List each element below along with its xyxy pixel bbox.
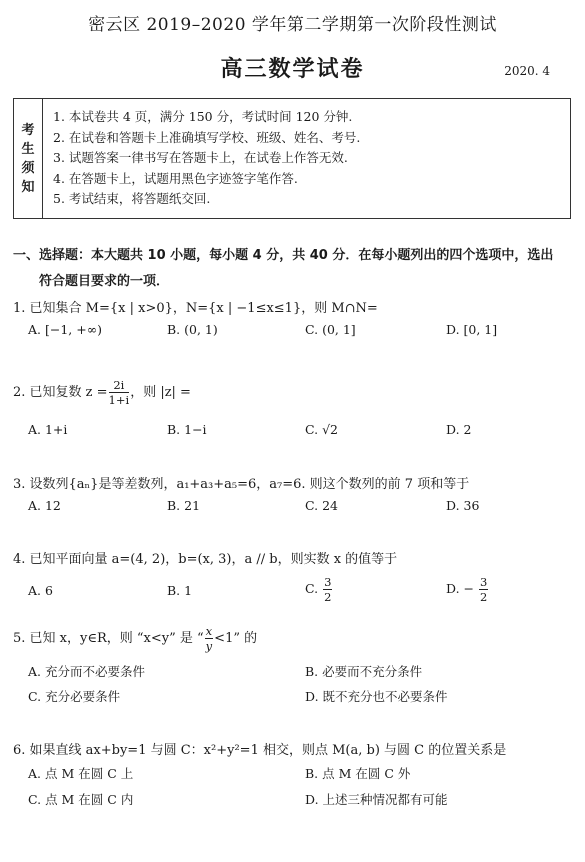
question-5-option-b: B. 必要而不充分条件 xyxy=(305,662,422,680)
fraction-numerator: 3 xyxy=(479,575,488,590)
option-label: C. xyxy=(305,581,318,596)
fraction-denominator: 1+i xyxy=(109,393,130,407)
question-2-stem: 2. 已知复数 z =2i1+i，则 |z| = xyxy=(13,378,191,407)
question-3-option-a: A. 12 xyxy=(28,498,61,513)
question-6-option-d: D. 上述三种情况都有可能 xyxy=(305,790,448,808)
notice-item: 4. 在答题卡上，试题用黑色字迹签字笔作答. xyxy=(53,169,360,190)
question-1-option-b: B. (0, 1) xyxy=(167,322,218,337)
fraction-numerator: 3 xyxy=(323,575,332,590)
question-5-option-d: D. 既不充分也不必要条件 xyxy=(305,687,448,705)
option-label: D. − xyxy=(446,581,474,596)
question-6-option-c: C. 点 M 在圆 C 内 xyxy=(28,790,133,808)
question-5-stem: 5. 已知 x，y∈R，则 “x<y” 是 “xy<1” 的 xyxy=(13,624,257,653)
question-5-stem-prefix: 5. 已知 x，y∈R，则 “x<y” 是 “ xyxy=(13,631,204,646)
question-5-fraction: xy xyxy=(205,624,214,653)
question-6-stem: 6. 如果直线 ax+by=1 与圆 C：x²+y²=1 相交，则点 M(a, … xyxy=(13,739,506,758)
question-3-option-d: D. 36 xyxy=(446,498,479,513)
question-2-option-c: C. √2 xyxy=(305,422,338,437)
fraction-numerator: 2i xyxy=(109,378,130,393)
notice-label: 考 生 须 知 xyxy=(14,99,43,218)
question-4-option-d-fraction: 32 xyxy=(479,575,488,604)
fraction-denominator: 2 xyxy=(479,590,488,604)
question-5-option-c: C. 充分必要条件 xyxy=(28,687,120,705)
question-3-stem: 3. 设数列{aₙ}是等差数列，a₁+a₃+a₅=6，a₇=6. 则这个数列的前… xyxy=(13,473,469,492)
notice-label-char: 生 xyxy=(21,140,34,159)
question-2-fraction: 2i1+i xyxy=(109,378,130,407)
notice-items: 1. 本试卷共 4 页，满分 150 分，考试时间 120 分钟. 2. 在试卷… xyxy=(53,107,360,210)
notice-item: 2. 在试卷和答题卡上准确填写学校、班级、姓名、考号. xyxy=(53,128,360,149)
notice-item: 5. 考试结束，将答题纸交回. xyxy=(53,189,360,210)
question-6-option-a: A. 点 M 在圆 C 上 xyxy=(28,764,133,782)
question-4-option-c-fraction: 32 xyxy=(323,575,332,604)
exam-title: 高三数学试卷 xyxy=(0,52,585,83)
fraction-denominator: 2 xyxy=(323,590,332,604)
question-2-stem-prefix: 2. 已知复数 z = xyxy=(13,385,108,400)
fraction-numerator: x xyxy=(205,624,214,639)
question-4-stem: 4. 已知平面向量 a=(4, 2)，b=(x, 3)，a // b，则实数 x… xyxy=(13,548,397,567)
notice-label-char: 知 xyxy=(21,178,34,197)
question-3-option-b: B. 21 xyxy=(167,498,200,513)
question-5-option-a: A. 充分而不必要条件 xyxy=(28,662,145,680)
question-2-option-d: D. 2 xyxy=(446,422,471,437)
notice-label-char: 须 xyxy=(21,159,34,178)
section-heading-line2: 符合题目要求的一项． xyxy=(13,269,573,295)
section-heading-line1: 一、选择题：本大题共 10 小题，每小题 4 分，共 40 分．在每小题列出的四… xyxy=(13,243,573,269)
question-6-option-b: B. 点 M 在圆 C 外 xyxy=(305,764,410,782)
notice-item: 3. 试题答案一律书写在答题卡上，在试卷上作答无效. xyxy=(53,148,360,169)
question-1-stem: 1. 已知集合 M={x | x>0}，N={x | −1≤x≤1}，则 M∩N… xyxy=(13,297,378,316)
question-4-option-d: D. − 32 xyxy=(446,575,489,604)
question-3-option-c: C. 24 xyxy=(305,498,338,513)
fraction-denominator: y xyxy=(205,639,214,653)
question-4-option-c: C. 32 xyxy=(305,575,333,604)
notice-label-char: 考 xyxy=(21,121,34,140)
exam-subtitle: 密云区 2019–2020 学年第二学期第一次阶段性测试 xyxy=(0,10,585,35)
section-heading: 一、选择题：本大题共 10 小题，每小题 4 分，共 40 分．在每小题列出的四… xyxy=(13,243,573,295)
question-1-option-c: C. (0, 1] xyxy=(305,322,356,337)
exam-date: 2020. 4 xyxy=(504,64,550,78)
question-2-option-b: B. 1−i xyxy=(167,422,207,437)
question-1-option-a: A. [−1, +∞) xyxy=(28,322,102,337)
question-1-option-d: D. [0, 1] xyxy=(446,322,497,337)
notice-item: 1. 本试卷共 4 页，满分 150 分，考试时间 120 分钟. xyxy=(53,107,360,128)
exam-notice-box: 考 生 须 知 1. 本试卷共 4 页，满分 150 分，考试时间 120 分钟… xyxy=(13,98,571,219)
question-2-stem-suffix: ，则 |z| = xyxy=(130,385,191,400)
question-5-stem-suffix: <1” 的 xyxy=(214,631,257,646)
question-2-option-a: A. 1+i xyxy=(28,422,67,437)
question-4-option-b: B. 1 xyxy=(167,583,192,598)
question-4-option-a: A. 6 xyxy=(28,583,53,598)
